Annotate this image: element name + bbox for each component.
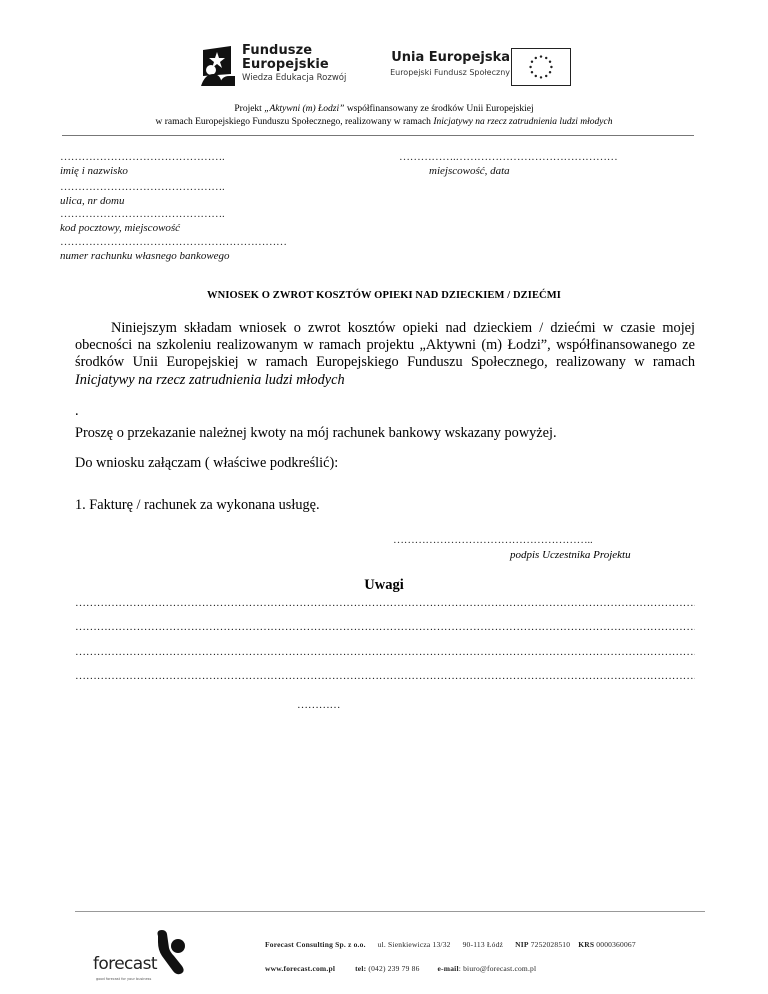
attachments-intro: Do wniosku załączam ( właściwe podkreśli… (75, 455, 338, 472)
request-line: Proszę o przekazanie należnej kwoty na m… (75, 425, 557, 442)
fundusze-europejskie-logo: Fundusze Europejskie Wiedza Edukacja Roz… (199, 44, 354, 90)
footer-tel-label: tel: (355, 964, 366, 973)
main-paragraph-text: Niniejszym składam wniosek o zwrot koszt… (75, 320, 695, 370)
footer-nip-label: NIP (515, 940, 529, 949)
main-paragraph: Niniejszym składam wniosek o zwrot koszt… (75, 320, 695, 389)
footer-nip: 7252028510 (531, 940, 571, 949)
footer-divider (75, 911, 705, 912)
footer-krs-label: KRS (578, 940, 594, 949)
fundusze-europejskie-star-icon (199, 46, 235, 86)
remarks-line-2[interactable]: …………………………………………………………………………………………………………… (75, 621, 695, 633)
name-field-line[interactable]: ………………………………………. (60, 151, 225, 163)
forecast-k-icon (154, 928, 188, 976)
eu-logo: Unia Europejska Europejski Fundusz Społe… (376, 46, 576, 90)
stray-dot: . (75, 403, 79, 420)
eu-flag-icon (511, 48, 571, 86)
footer-krs: 0000360067 (596, 940, 636, 949)
place-date-field-line[interactable]: …………….……………………………………… (399, 151, 618, 163)
remarks-line-4[interactable]: …………………………………………………………………………………………………………… (75, 670, 695, 682)
place-date-field-label: miejscowość, data (429, 165, 510, 178)
postal-field-label: kod pocztowy, miejscowość (60, 222, 180, 235)
forecast-logo-word: forecast (93, 954, 157, 974)
footer-city: 90-113 Łódź (463, 940, 503, 949)
remarks-line-1[interactable]: …………………………………………………………………………………………………………… (75, 597, 695, 609)
signature-line[interactable]: ……………………………………………….. (393, 534, 593, 546)
postal-field-line[interactable]: ………………………………………. (60, 208, 225, 220)
forecast-logo: forecast good forecast for your business (88, 928, 208, 988)
project-initiative: Inicjatywy na rzecz zatrudnienia ludzi m… (433, 117, 612, 127)
project-header: Projekt „Aktywni (m) Łodzi” współfinanso… (0, 103, 768, 129)
remarks-title: Uwagi (0, 577, 768, 594)
footer-line-2: www.forecast.com.pltel: (042) 239 79 86e… (265, 964, 536, 973)
account-field-label: numer rachunku własnego bankowego (60, 250, 230, 263)
name-field-label: imię i nazwisko (60, 165, 128, 178)
signature-label: podpis Uczestnika Projektu (510, 549, 631, 561)
street-field-label: ulica, nr domu (60, 195, 124, 208)
fe-logo-line2: Europejskie (242, 58, 346, 72)
project-name: „Aktywni (m) Łodzi” (264, 104, 344, 114)
fe-logo-line3: Wiedza Edukacja Rozwój (242, 72, 346, 84)
attachment-item-1[interactable]: 1. Fakturę / rachunek za wykonana usługę… (75, 497, 320, 514)
header-divider (62, 135, 694, 136)
street-field-line[interactable]: ………………………………………. (60, 181, 225, 193)
project-line1-suffix: współfinansowany ze środków Unii Europej… (344, 104, 533, 114)
remarks-line-5[interactable]: ………… (297, 699, 340, 711)
footer-tel: (042) 239 79 86 (368, 964, 419, 973)
footer-line-1: Forecast Consulting Sp. z o.o.ul. Sienki… (265, 940, 636, 949)
footer-email[interactable]: biuro@forecast.com.pl (463, 964, 536, 973)
project-line1-prefix: Projekt (234, 104, 264, 114)
document-title: WNIOSEK O ZWROT KOSZTÓW OPIEKI NAD DZIEC… (0, 290, 768, 301)
forecast-logo-tagline: good forecast for your business (96, 977, 151, 981)
footer-email-label: e-mail (438, 964, 459, 973)
footer-website[interactable]: www.forecast.com.pl (265, 964, 335, 973)
footer-company: Forecast Consulting Sp. z o.o. (265, 940, 366, 949)
account-field-line[interactable]: ……………………………………………………… (60, 236, 287, 248)
fe-logo-line1: Fundusze (242, 44, 346, 58)
main-paragraph-italic: Inicjatywy na rzecz zatrudnienia ludzi m… (75, 372, 345, 388)
eu-logo-title: Unia Europejska (390, 50, 510, 66)
footer-address: ul. Sienkiewicza 13/32 (378, 940, 451, 949)
project-line2-prefix: w ramach Europejskiego Funduszu Społeczn… (156, 117, 434, 127)
eu-logo-subtitle: Europejski Fundusz Społeczny (390, 66, 510, 80)
remarks-line-3[interactable]: …………………………………………………………………………………………………………… (75, 646, 695, 658)
